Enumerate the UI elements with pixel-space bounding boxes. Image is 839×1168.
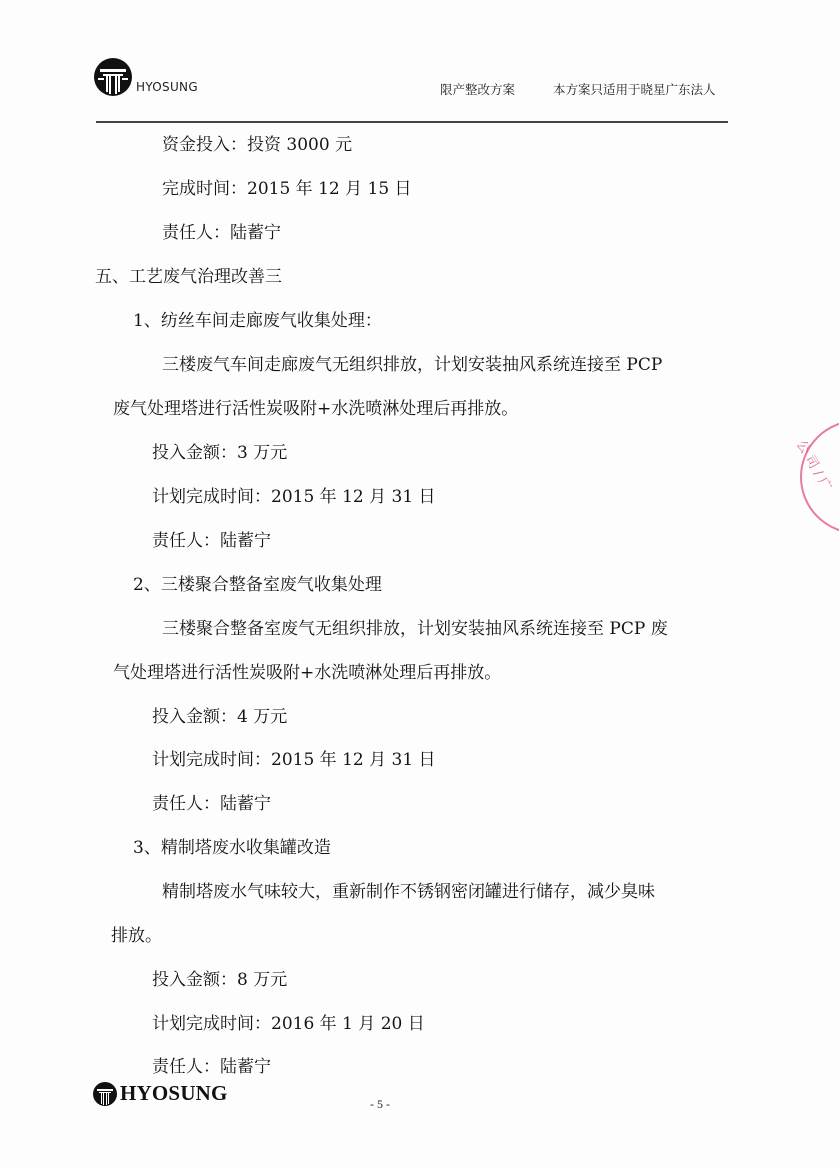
page-number: - 5 -	[370, 1097, 390, 1112]
item-3-title: 3、精制塔废水收集罐改造	[133, 838, 331, 858]
item-3-description-line2: 排放。	[111, 926, 162, 946]
header-logo: HYOSUNG	[94, 58, 198, 96]
item-3-investment: 投入金额：8 万元	[152, 970, 287, 990]
header-logo-text: HYOSUNG	[136, 80, 198, 94]
item-1-owner: 责任人：陆蓄宁	[152, 531, 271, 551]
item-2-investment: 投入金额：4 万元	[152, 707, 287, 727]
item-2-description-line2: 气处理塔进行活性炭吸附+水洗喷淋处理后再排放。	[113, 663, 501, 683]
item-3-owner: 责任人：陆蓄宁	[152, 1057, 271, 1077]
item-1-investment: 投入金额：3 万元	[152, 443, 287, 463]
item-1-description-line2: 废气处理塔进行活性炭吸附+水洗喷淋处理后再排放。	[113, 399, 518, 419]
item-1-completion: 计划完成时间：2015 年 12 月 31 日	[152, 487, 436, 507]
document-page: HYOSUNG 限产整改方案 本方案只适用于晓星广东法人 资金投入：投资 300…	[0, 0, 839, 1168]
prev-completion: 完成时间：2015 年 12 月 15 日	[162, 179, 412, 199]
hyosung-footer-logo-icon	[93, 1082, 117, 1106]
item-1-description-line1: 三楼废气车间走廊废气无组织排放，计划安装抽风系统连接至 PCP	[162, 355, 662, 375]
item-1-title: 1、纺丝车间走廊废气收集处理：	[133, 311, 382, 331]
hyosung-logo-icon	[94, 58, 132, 96]
item-3-completion: 计划完成时间：2016 年 1 月 20 日	[152, 1014, 425, 1034]
prev-owner: 责任人：陆蓄宁	[162, 223, 281, 243]
item-2-completion: 计划完成时间：2015 年 12 月 31 日	[152, 750, 436, 770]
header-divider	[96, 121, 728, 123]
footer-logo: HYOSUNG	[93, 1081, 228, 1106]
scope-note: 本方案只适用于晓星广东法人	[553, 80, 716, 98]
item-3-description-line1: 精制塔废水气味较大，重新制作不锈钢密闭罐进行储存，减少臭味	[162, 882, 655, 902]
item-2-title: 2、三楼聚合整备室废气收集处理	[133, 575, 382, 595]
item-2-owner: 责任人：陆蓄宁	[152, 794, 271, 814]
prev-investment: 资金投入：投资 3000 元	[162, 135, 352, 155]
doc-title: 限产整改方案	[440, 80, 515, 98]
item-2-description-line1: 三楼聚合整备室废气无组织排放，计划安装抽风系统连接至 PCP 废	[162, 619, 668, 639]
footer-logo-text: HYOSUNG	[120, 1081, 228, 1106]
section-heading: 五、工艺废气治理改善三	[95, 267, 282, 287]
